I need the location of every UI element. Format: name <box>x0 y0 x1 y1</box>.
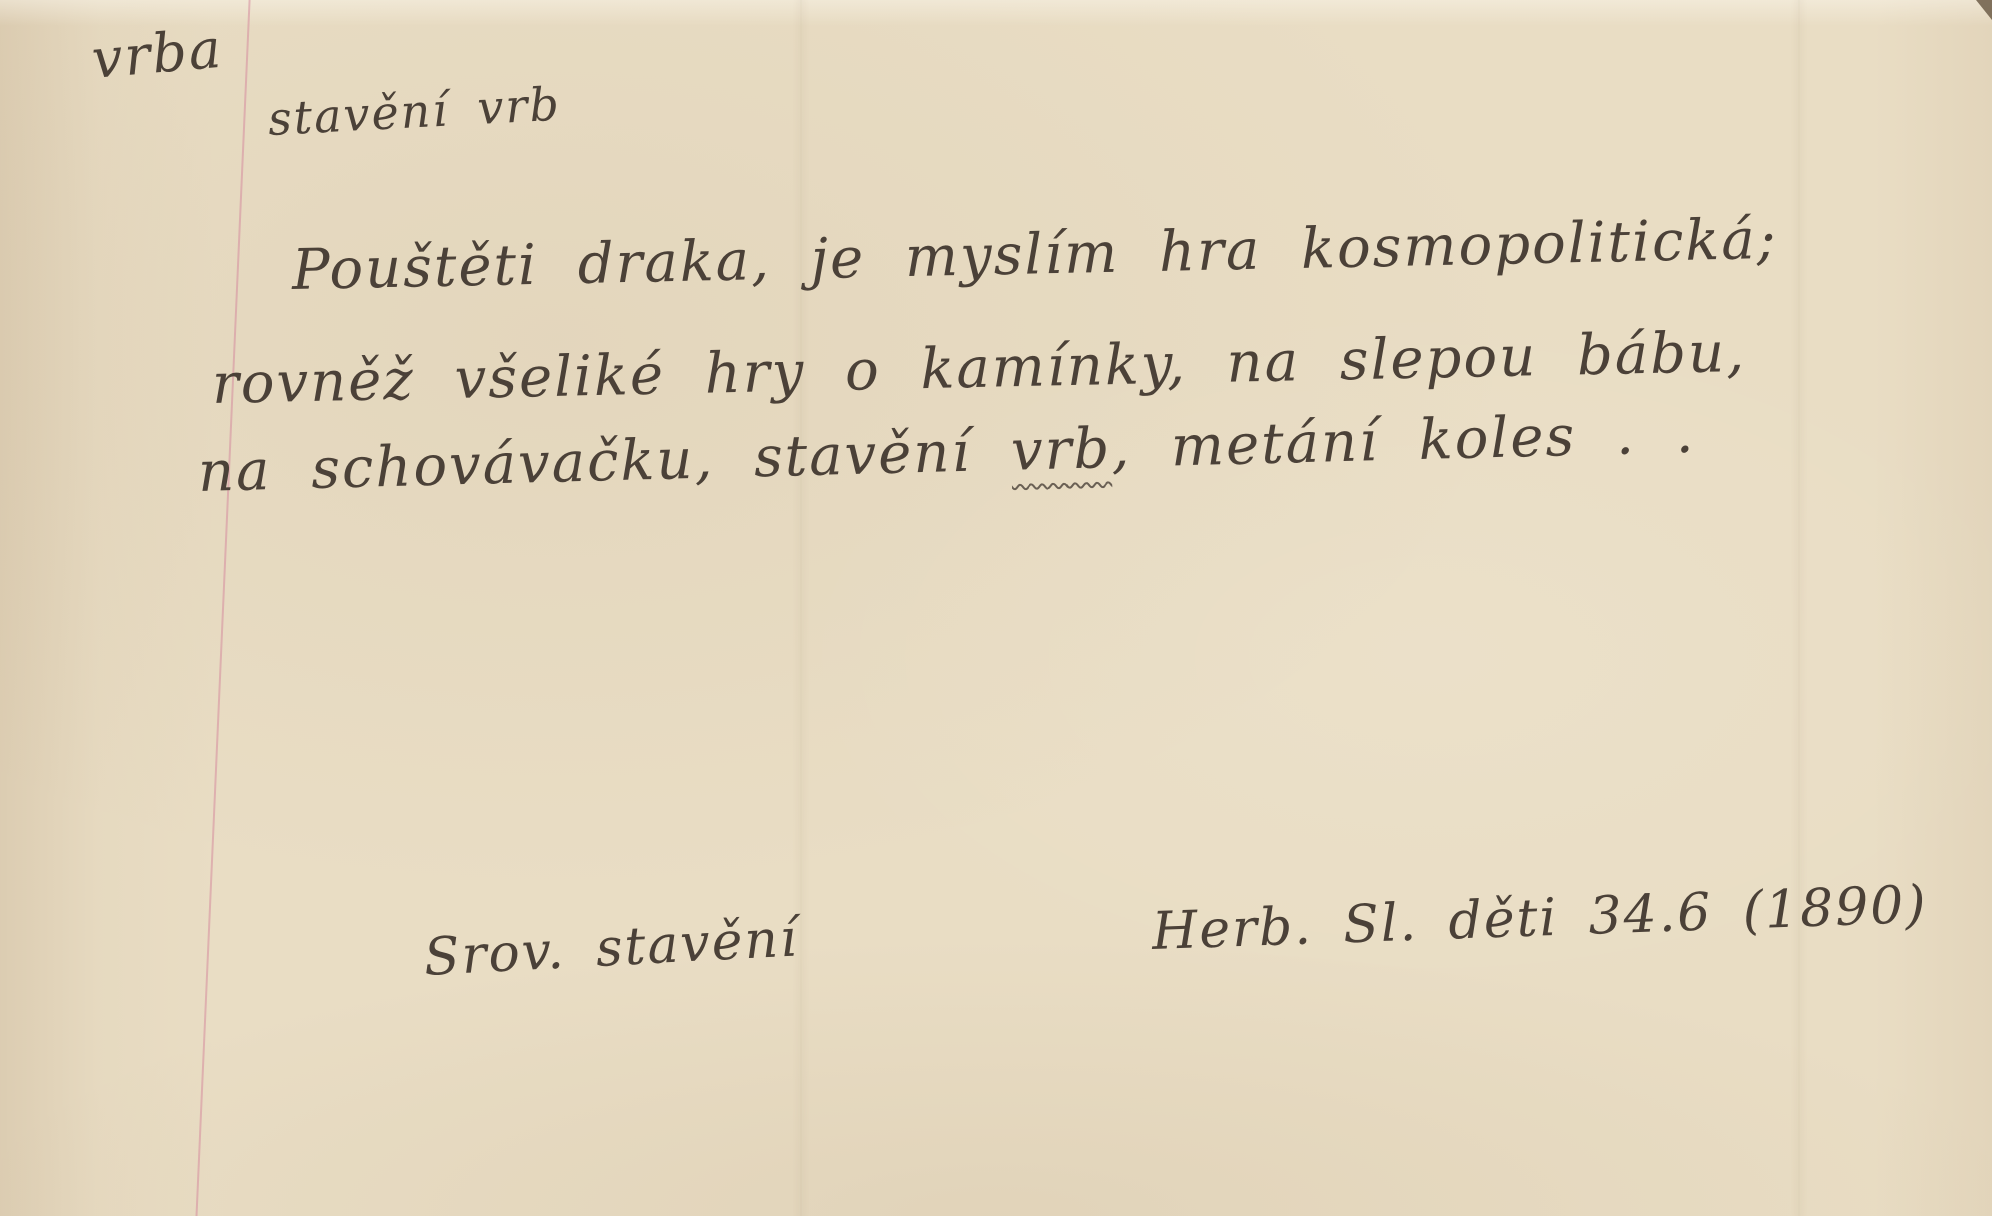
headword: vrba <box>89 17 225 91</box>
subheading-phrase: stavění vrb <box>267 77 563 146</box>
quote-line-3-pre: na schovávačku, stavění <box>197 419 1012 505</box>
quote-line-1: Pouštěti draka, je myslím hra kosmopolit… <box>291 207 1778 303</box>
paper-crease <box>800 0 802 1216</box>
scan-corner-shadow <box>1976 0 1992 20</box>
quote-line-3: na schovávačku, stavění vrb, metání kole… <box>197 401 1696 505</box>
ruled-margin-line <box>195 0 250 1216</box>
quote-line-3-underlined-word: vrb <box>1010 416 1112 484</box>
source-citation: Herb. Sl. děti 34.6 (1890) <box>1151 875 1929 962</box>
cross-reference-note: Srov. stavění <box>422 908 800 988</box>
archive-card-scan: vrba stavění vrb Pouštěti draka, je mysl… <box>0 0 1992 1216</box>
quote-line-2: rovněž všeliké hry o kamínky, na slepou … <box>211 320 1746 417</box>
quote-line-3-post: , metání koles . . <box>1110 401 1696 481</box>
paper-crease <box>1798 0 1800 1216</box>
